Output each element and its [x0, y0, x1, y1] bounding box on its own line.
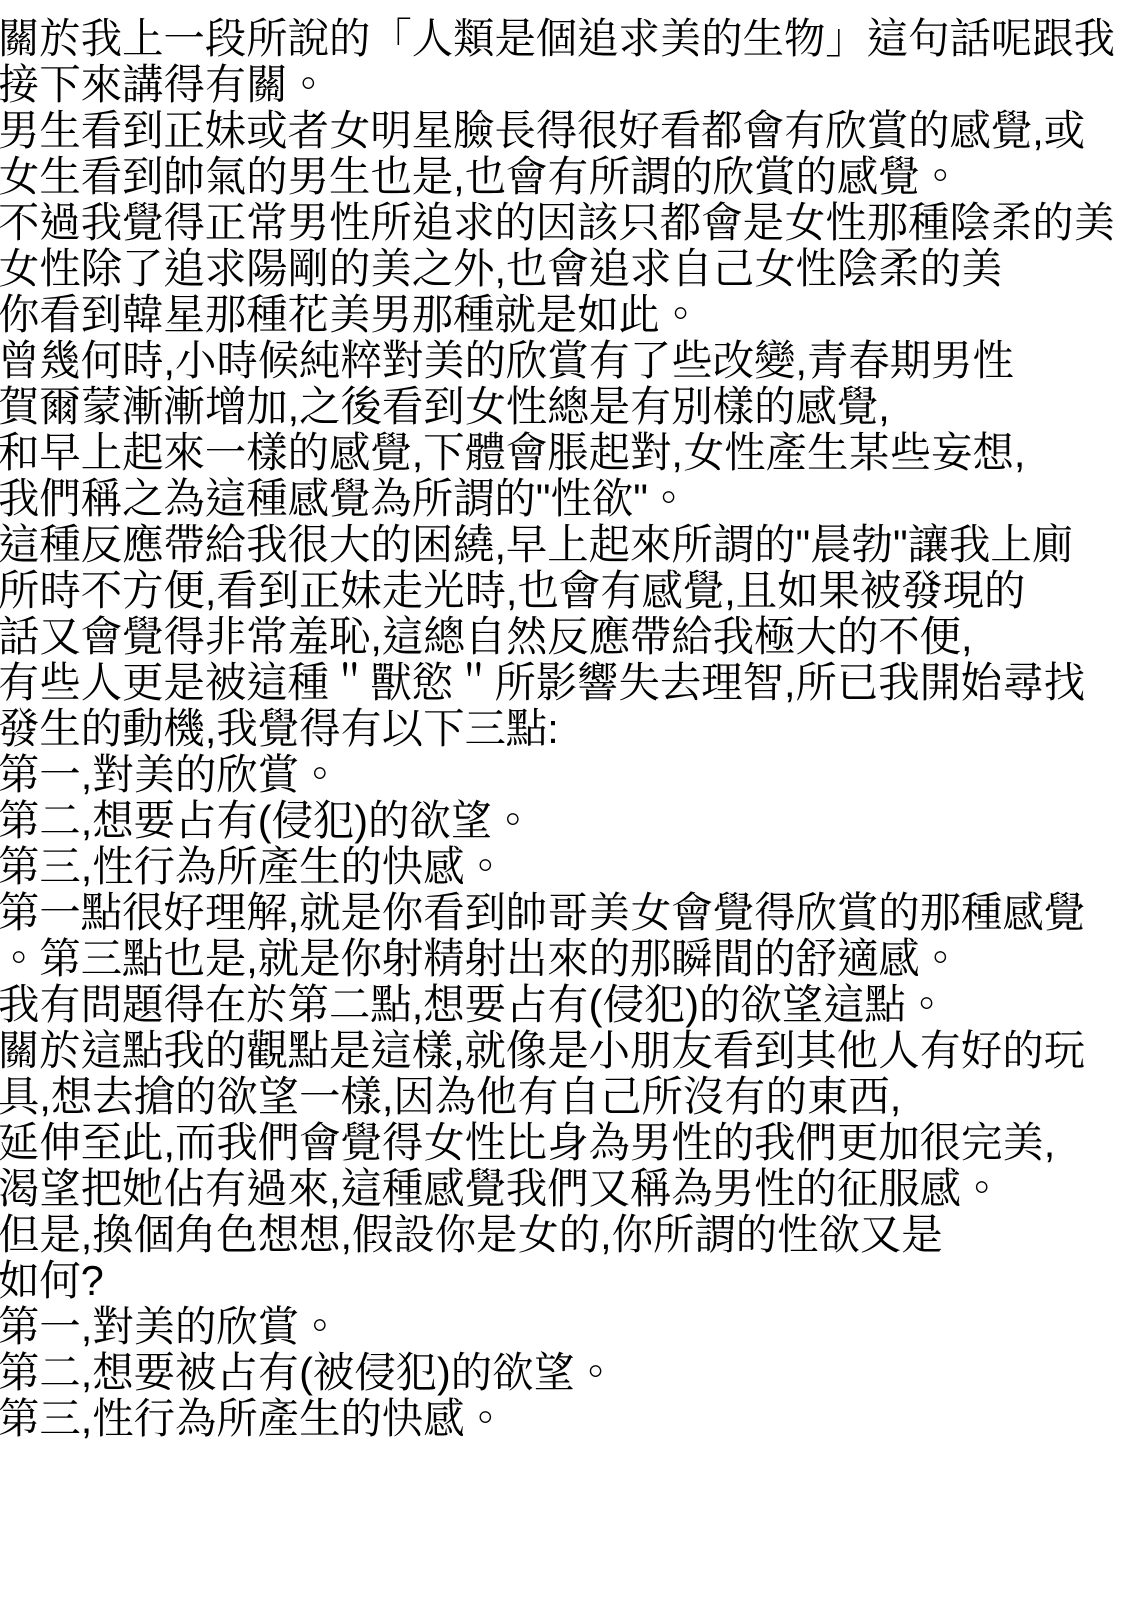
text-line: 第一點很好理解,就是你看到帥哥美女會覺得欣賞的那種感覺: [0, 890, 1116, 936]
text-line: 女生看到帥氣的男生也是,也會有所謂的欣賞的感覺。: [0, 154, 1116, 200]
text-line: 關於這點我的觀點是這樣,就像是小朋友看到其他人有好的玩: [0, 1028, 1116, 1074]
text-line: 你看到韓星那種花美男那種就是如此。: [0, 292, 1116, 338]
text-line: 第二,想要被占有(被侵犯)的欲望。: [0, 1350, 1116, 1396]
text-line: 但是,換個角色想想,假設你是女的,你所謂的性欲又是: [0, 1212, 1116, 1258]
text-line: 渴望把她佔有過來,這種感覺我們又稱為男性的征服感。: [0, 1166, 1116, 1212]
text-line: 我有問題得在於第二點,想要占有(侵犯)的欲望這點。: [0, 982, 1116, 1028]
text-line: 第二,想要占有(侵犯)的欲望。: [0, 798, 1116, 844]
text-line: 我們稱之為這種感覺為所謂的"性欲"。: [0, 476, 1116, 522]
text-line: 和早上起來一樣的感覺,下體會脹起對,女性產生某些妄想,: [0, 430, 1116, 476]
text-line: 曾幾何時,小時候純粹對美的欣賞有了些改變,青春期男性: [0, 338, 1116, 384]
text-line: 發生的動機,我覺得有以下三點:: [0, 706, 1116, 752]
text-line: 這種反應帶給我很大的困繞,早上起來所謂的"晨勃"讓我上廁: [0, 522, 1116, 568]
text-line: 賀爾蒙漸漸增加,之後看到女性總是有別樣的感覺,: [0, 384, 1116, 430]
text-line: 女性除了追求陽剛的美之外,也會追求自己女性陰柔的美: [0, 246, 1116, 292]
text-line: 第三,性行為所產生的快感。: [0, 1396, 1116, 1442]
text-line: 所時不方便,看到正妹走光時,也會有感覺,且如果被發現的: [0, 568, 1116, 614]
text-line: 接下來講得有關。: [0, 62, 1116, 108]
text-line: 。第三點也是,就是你射精射出來的那瞬間的舒適感。: [0, 936, 1116, 982]
text-line: 第三,性行為所產生的快感。: [0, 844, 1116, 890]
text-line: 延伸至此,而我們會覺得女性比身為男性的我們更加很完美,: [0, 1120, 1116, 1166]
text-line: 如何?: [0, 1258, 1116, 1304]
text-line: 第一,對美的欣賞。: [0, 752, 1116, 798]
text-line: 男生看到正妹或者女明星臉長得很好看都會有欣賞的感覺,或: [0, 108, 1116, 154]
text-document: 關於我上一段所說的「人類是個追求美的生物」這句話呢跟我接下來講得有關。男生看到正…: [0, 0, 1133, 1442]
text-line: 有些人更是被這種＂獸慾＂所影響失去理智,所已我開始尋找: [0, 660, 1116, 706]
text-line: 具,想去搶的欲望一樣,因為他有自己所沒有的東西,: [0, 1074, 1116, 1120]
text-line: 話又會覺得非常羞恥,這總自然反應帶給我極大的不便,: [0, 614, 1116, 660]
text-line: 不過我覺得正常男性所追求的因該只都會是女性那種陰柔的美: [0, 200, 1116, 246]
text-line: 第一,對美的欣賞。: [0, 1304, 1116, 1350]
text-line: 關於我上一段所說的「人類是個追求美的生物」這句話呢跟我: [0, 16, 1116, 62]
